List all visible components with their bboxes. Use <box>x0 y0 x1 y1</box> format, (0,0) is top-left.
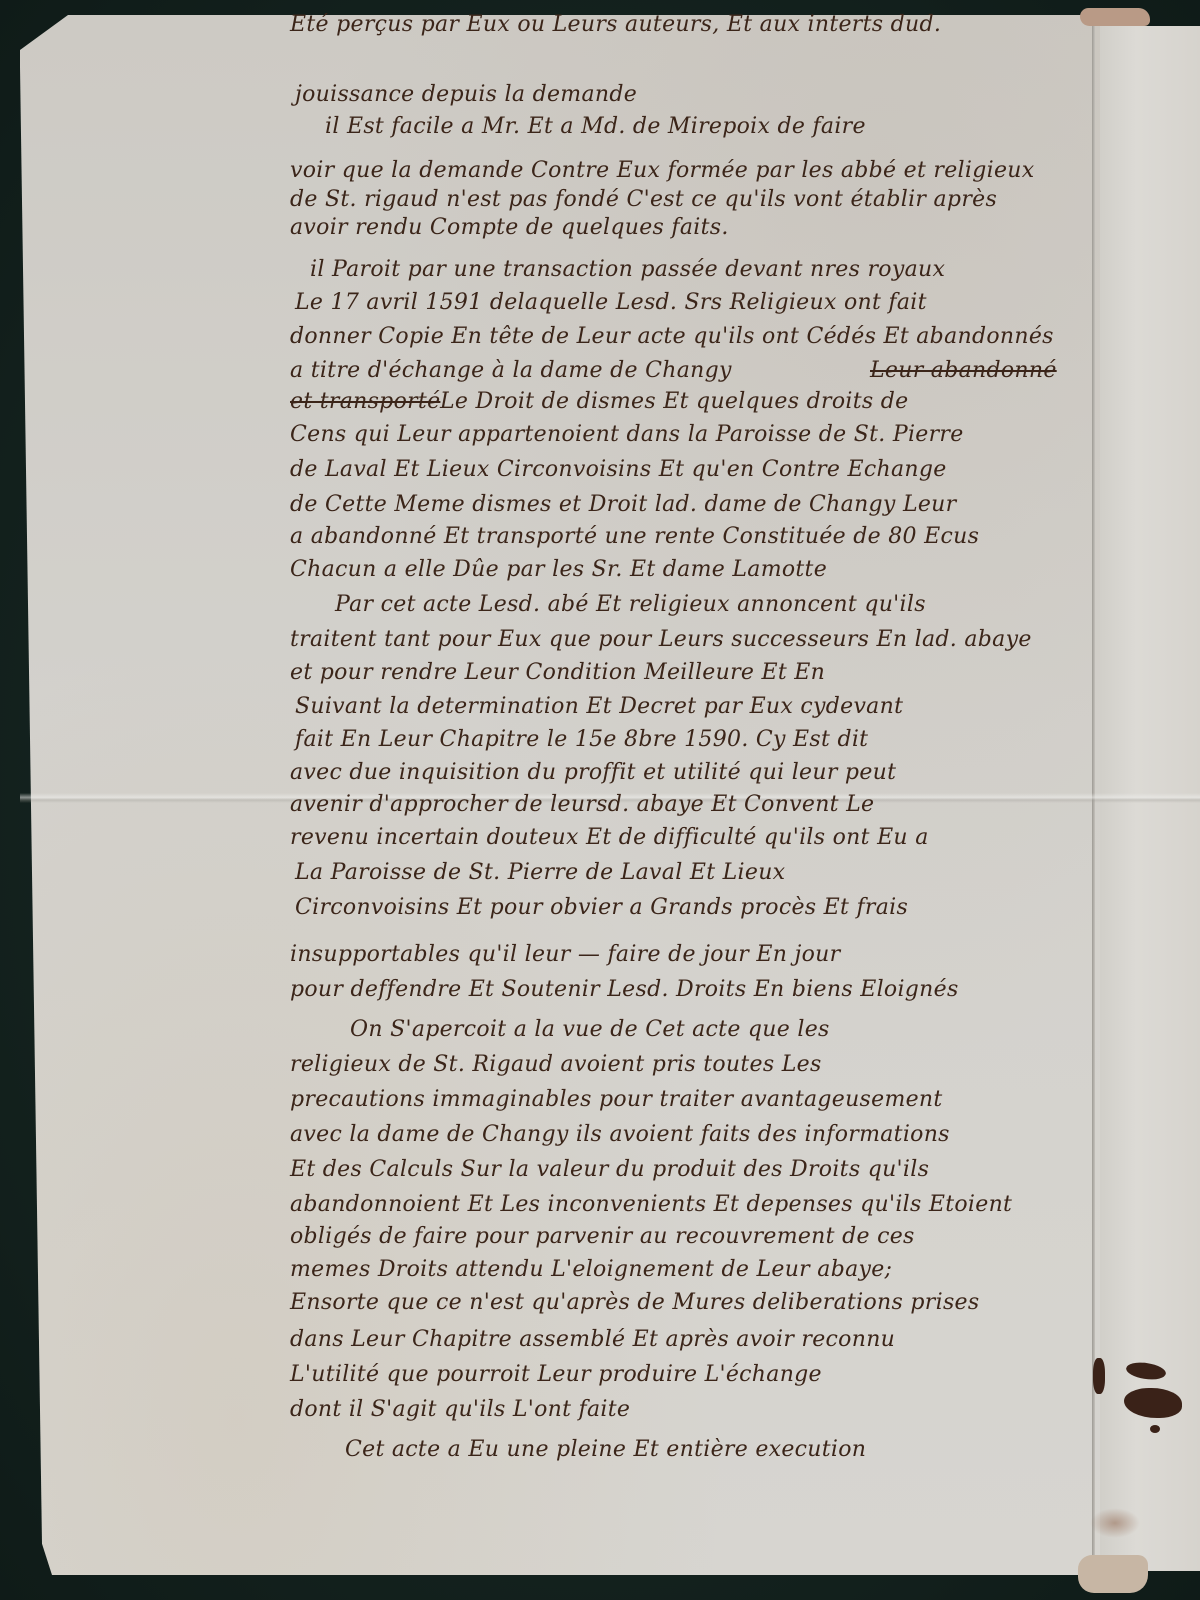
manuscript-line: La Paroisse de St. Pierre de Laval Et Li… <box>295 858 785 888</box>
manuscript-line: Leur abandonné <box>870 356 1057 386</box>
manuscript-line: avec la dame de Changy ils avoient faits… <box>290 1120 950 1150</box>
manuscript-line: Circonvoisins Et pour obvier a Grands pr… <box>295 893 908 923</box>
manuscript-line: Ensorte que ce n'est qu'après de Mures d… <box>290 1288 979 1318</box>
manuscript-line: et pour rendre Leur Condition Meilleure … <box>290 658 825 688</box>
manuscript-line: obligés de faire pour parvenir au recouv… <box>290 1222 915 1252</box>
manuscript-line: Cens qui Leur appartenoient dans la Paro… <box>290 420 964 450</box>
manuscript-line: On S'apercoit a la vue de Cet acte que l… <box>350 1015 830 1045</box>
manuscript-line: abandonnoient Et Les inconvenients Et de… <box>290 1190 1012 1220</box>
manuscript-line: de Cette Meme dismes et Droit lad. dame … <box>290 490 956 520</box>
manuscript-line: L'utilité que pourroit Leur produire L'é… <box>290 1360 822 1390</box>
manuscript-line: de St. rigaud n'est pas fondé C'est ce q… <box>290 185 997 215</box>
manuscript-line: avenir d'approcher de leursd. abaye Et C… <box>290 790 874 820</box>
manuscript-line: revenu incertain douteux Et de difficult… <box>290 823 929 853</box>
manuscript-line: a abandonné Et transporté une rente Cons… <box>290 522 979 552</box>
manuscript-line: precautions immaginables pour traiter av… <box>290 1085 943 1115</box>
manuscript-line: Cet acte a Eu une pleine Et entière exec… <box>345 1435 866 1465</box>
manuscript-line: et transporté <box>290 387 440 417</box>
manuscript-line: traitent tant pour Eux que pour Leurs su… <box>290 625 1032 655</box>
manuscript-line: Le Droit de dismes Et quelques droits de <box>440 387 908 417</box>
manuscript-line: religieux de St. Rigaud avoient pris tou… <box>290 1050 822 1080</box>
manuscript-line: Le 17 avril 1591 delaquelle Lesd. Srs Re… <box>295 288 927 318</box>
manuscript-line: Suivant la determination Et Decret par E… <box>295 692 903 722</box>
manuscript-line: Et des Calculs Sur la valeur du produit … <box>290 1155 929 1185</box>
handwritten-text: Eté perçus par Eux ou Leurs auteurs, Et … <box>0 0 1200 1600</box>
manuscript-line: fait En Leur Chapitre le 15e 8bre 1590. … <box>295 725 868 755</box>
manuscript-line: dans Leur Chapitre assemblé Et après avo… <box>290 1325 895 1355</box>
manuscript-line: Chacun a elle Dûe par les Sr. Et dame La… <box>290 555 827 585</box>
manuscript-line: il Est facile a Mr. Et a Md. de Mirepoix… <box>325 112 866 142</box>
manuscript-line: Eté perçus par Eux ou Leurs auteurs, Et … <box>290 10 941 40</box>
manuscript-line: a titre d'échange à la dame de Changy <box>290 356 732 386</box>
manuscript-line: Par cet acte Lesd. abé Et religieux anno… <box>335 590 926 620</box>
manuscript-line: memes Droits attendu L'eloignement de Le… <box>290 1255 892 1285</box>
manuscript-line: dont il S'agit qu'ils L'ont faite <box>290 1395 630 1425</box>
manuscript-line: voir que la demande Contre Eux formée pa… <box>290 156 1034 186</box>
manuscript-line: donner Copie En tête de Leur acte qu'ils… <box>290 322 1054 352</box>
manuscript-line: il Paroit par une transaction passée dev… <box>310 255 945 285</box>
manuscript-line: avec due inquisition du proffit et utili… <box>290 758 896 788</box>
manuscript-line: insupportables qu'il leur — faire de jou… <box>290 940 840 970</box>
manuscript-line: avoir rendu Compte de quelques faits. <box>290 213 729 243</box>
manuscript-line: de Laval Et Lieux Circonvoisins Et qu'en… <box>290 455 947 485</box>
manuscript-line: pour deffendre Et Soutenir Lesd. Droits … <box>290 975 959 1005</box>
manuscript-line: jouissance depuis la demande <box>295 80 637 110</box>
